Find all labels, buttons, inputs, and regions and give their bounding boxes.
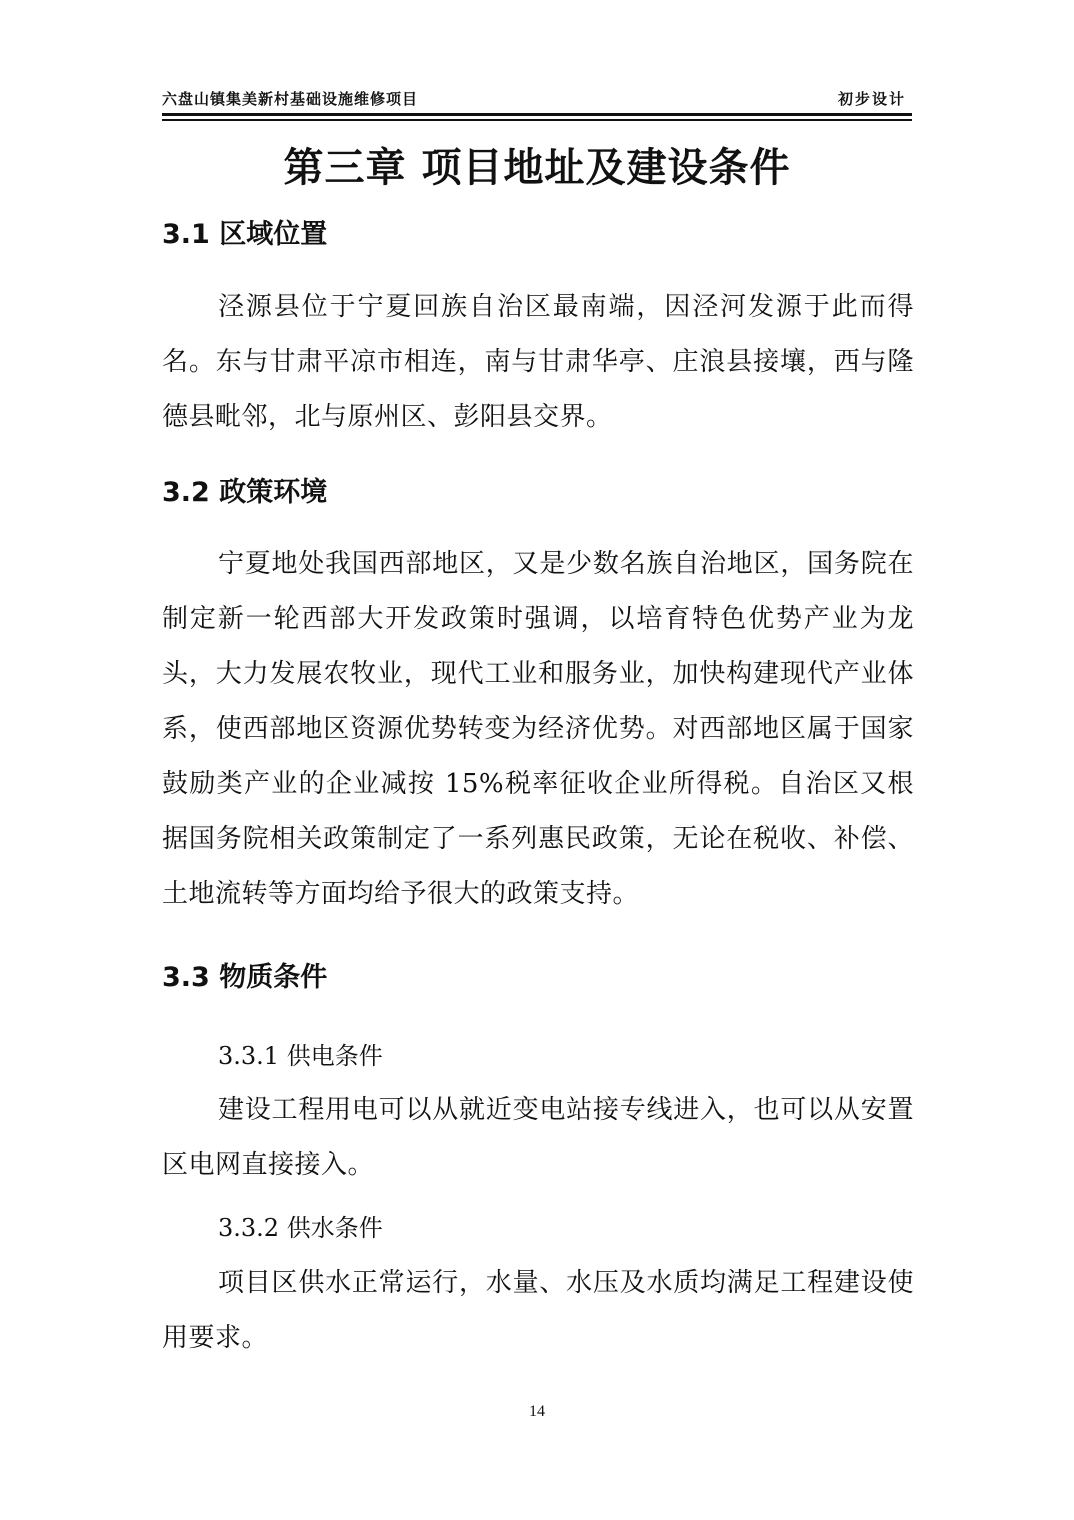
section-3-2-paragraph: 宁夏地处我国西部地区，又是少数名族自治地区，国务院在制定新一轮西部大开发政策时强… [162, 537, 914, 922]
section-3-1-paragraph: 泾源县位于宁夏回族自治区最南端，因泾河发源于此而得名。东与甘肃平凉市相连，南与甘… [162, 280, 914, 445]
subsection-3-3-2-paragraph: 项目区供水正常运行，水量、水压及水质均满足工程建设使用要求。 [162, 1256, 914, 1366]
document-page: 六盘山镇集美新村基础设施维修项目 初步设计 第三章 项目地址及建设条件 3.1 … [0, 0, 1074, 1520]
subsection-3-3-1-paragraph: 建设工程用电可以从就近变电站接专线进入，也可以从安置区电网直接接入。 [162, 1083, 914, 1193]
header-project-title: 六盘山镇集美新村基础设施维修项目 [162, 88, 418, 109]
header-double-rule [162, 113, 912, 121]
section-heading-3-1: 3.1 区域位置 [162, 212, 327, 251]
chapter-title: 第三章 项目地址及建设条件 [0, 136, 1074, 193]
subsection-heading-3-3-1: 3.3.1 供电条件 [218, 1036, 383, 1071]
page-number: 14 [0, 1403, 1074, 1421]
page-header: 六盘山镇集美新村基础设施维修项目 初步设计 [162, 88, 912, 110]
section-heading-3-2: 3.2 政策环境 [162, 470, 327, 509]
subsection-heading-3-3-2: 3.3.2 供水条件 [218, 1208, 383, 1243]
header-stage: 初步设计 [838, 88, 906, 109]
section-heading-3-3: 3.3 物质条件 [162, 955, 327, 994]
